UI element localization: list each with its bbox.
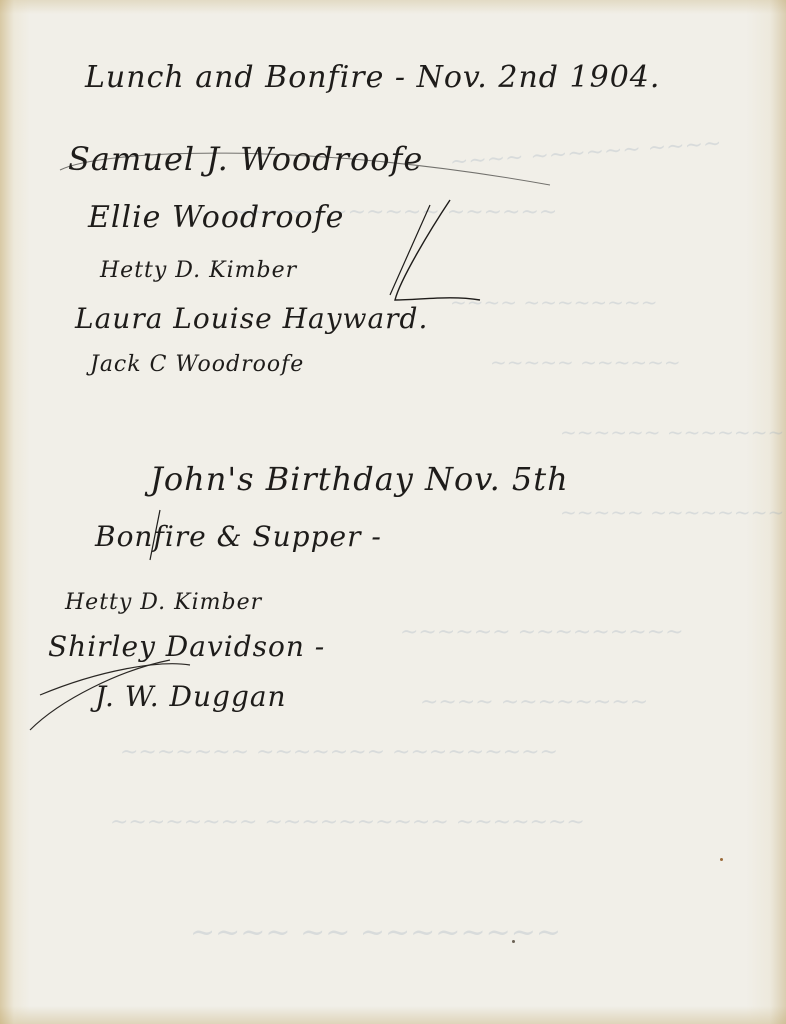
signature: Hetty D. Kimber (100, 258, 297, 283)
bleed-through-text: ~~~~~~~ ~~~~~~~ ~~~~~~~~~ (120, 740, 558, 765)
bleed-through-text: ~~~~ ~~~~~~~~ (450, 290, 657, 314)
signature: Laura Louise Hayward. (75, 302, 428, 335)
guestbook-page: ~~~~ ~~~~~~ ~~~~ ~~~~~ ~~~~~~ ~~~~~~ ~~~… (0, 0, 786, 1024)
signature: Shirley Davidson - (48, 630, 325, 663)
paper-speck (512, 940, 515, 943)
bleed-through-text: ~~~~~ ~~~~~~~~ (560, 500, 784, 524)
bleed-through-text: ~~~~~ ~~~~~~ (490, 350, 681, 374)
bleed-through-text: ~~~~ ~~~~~~~~ (420, 690, 648, 715)
entry-heading: John's Birthday Nov. 5th (150, 460, 569, 498)
bleed-through-text: ~~~~ ~~~~~~ ~~~~ (449, 131, 722, 175)
paper-speck (720, 858, 723, 861)
signature: Ellie Woodroofe (88, 200, 344, 235)
bleed-through-text: ~~~~~~ ~~~~~~~~~ (400, 620, 684, 645)
entry-subheading: Bonfire & Supper - (95, 520, 382, 553)
entry-heading: Lunch and Bonfire - Nov. 2nd 1904. (85, 60, 660, 95)
signature: Hetty D. Kimber (65, 590, 262, 615)
signature: Jack C Woodroofe (90, 352, 304, 377)
bleed-through-text: ~~~~ ~~ ~~~~~~~~ (190, 915, 561, 950)
bleed-through-text: ~~~~~~~~ ~~~~~~~~~~ ~~~~~~~ (110, 810, 585, 835)
signature: Samuel J. Woodroofe (68, 140, 423, 178)
signature: J. W. Duggan (95, 680, 287, 713)
bleed-through-text: ~~~~~~ ~~~~~~~ (560, 420, 784, 444)
